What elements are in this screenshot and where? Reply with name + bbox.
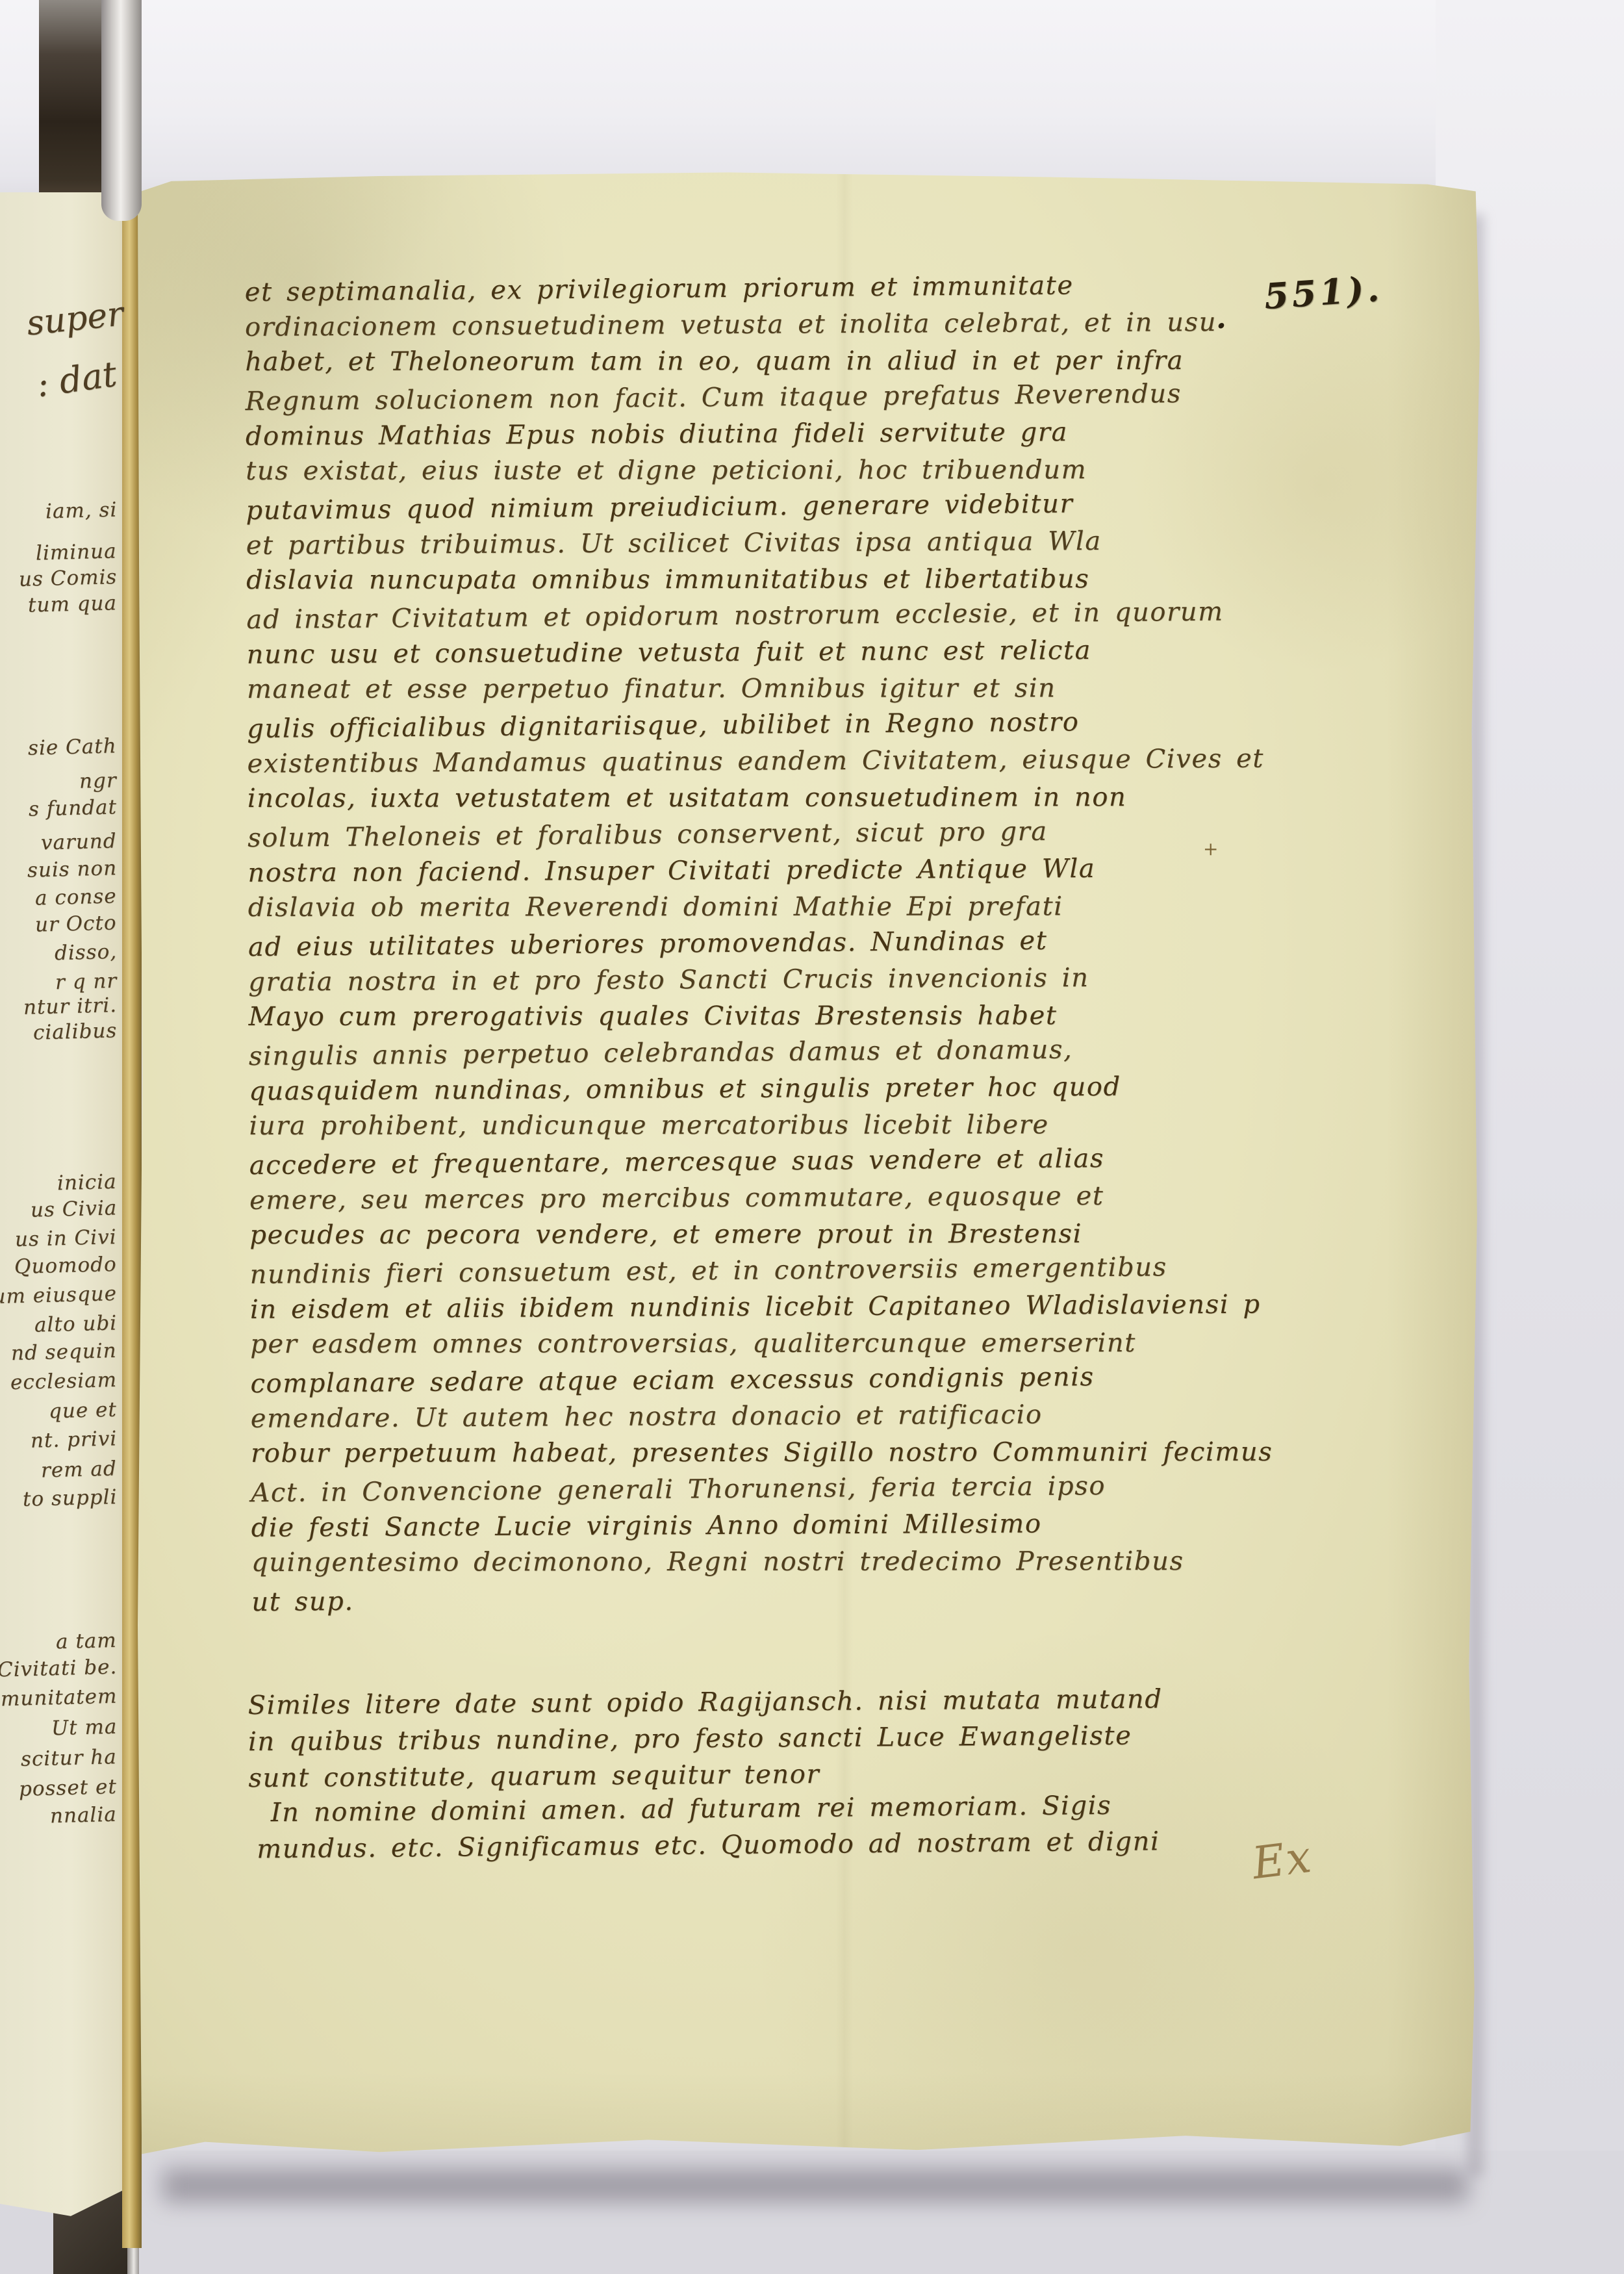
margin-fragment-line: munitatem bbox=[0, 1685, 117, 1711]
manuscript-text-line: tus existat, eius iuste et digne peticio… bbox=[246, 452, 1194, 489]
margin-fragment-line: liminua bbox=[36, 539, 117, 565]
margin-fragment-line: Quomodo bbox=[14, 1253, 118, 1279]
margin-fragment-line: orum eiusque bbox=[0, 1282, 117, 1309]
manuscript-text-line: gratia nostra in et pro festo Sancti Cru… bbox=[248, 959, 1197, 1001]
margin-fragment-line: us in Civi bbox=[15, 1225, 117, 1251]
margin-fragment-line: us Civia bbox=[30, 1196, 117, 1221]
margin-fragment-line: ur Octo bbox=[35, 911, 117, 936]
margin-fragment-line: Ut ma bbox=[51, 1715, 117, 1741]
manuscript-text-line: maneat et esse perpetuo finatur. Omnibus… bbox=[247, 670, 1195, 708]
handwriting-layer: . 551). super : dat iam, siliminuaus Com… bbox=[0, 0, 1624, 2274]
manuscript-text-line: quingentesimo decimonono, Regni nostri t… bbox=[251, 1543, 1200, 1581]
manuscript-text-line: nundinis fieri consuetum est, et in cont… bbox=[249, 1249, 1198, 1293]
manuscript-text-line: dislavia ob merita Reverendi domini Math… bbox=[248, 888, 1197, 926]
manuscript-text-line: et partibus tribuimus. Ut scilicet Civit… bbox=[246, 522, 1195, 564]
manuscript-text-line: iura prohibent, undicunque mercatoribus … bbox=[249, 1106, 1197, 1144]
margin-fragment-line: sie Cath bbox=[28, 734, 118, 760]
manuscript-text-line: ut sup. bbox=[251, 1576, 1200, 1620]
margin-fragment-line: que et bbox=[49, 1398, 118, 1424]
manuscript-text-line: dominus Mathias Epus nobis diutina fidel… bbox=[246, 413, 1194, 455]
margin-fragment-line: r q nr bbox=[55, 969, 117, 994]
marginal-plus-mark: + bbox=[1203, 838, 1218, 860]
manuscript-text-line: existentibus Mandamus quatinus eandem Ci… bbox=[247, 741, 1195, 782]
manuscript-text-line: emendare. Ut autem hec nostra donacio et… bbox=[251, 1396, 1199, 1437]
manuscript-text-line: dislavia nuncupata omnibus immunitatibus… bbox=[246, 561, 1195, 598]
manuscript-text-line: singulis annis perpetuo celebrandas damu… bbox=[249, 1030, 1197, 1075]
margin-fragment-line: scitur ha bbox=[21, 1745, 118, 1771]
manuscript-text-line: Act. in Convencione generali Thorunensi,… bbox=[251, 1467, 1199, 1511]
margin-fragment-line: varund bbox=[41, 829, 117, 854]
manuscript-text-line: Regnum solucionem non facit. Cum itaque … bbox=[245, 376, 1193, 420]
manuscript-text-line: nostra non faciend. Insuper Civitati pre… bbox=[247, 850, 1196, 891]
margin-fragment-line: inicia bbox=[57, 1170, 117, 1195]
margin-fragment-line: ngr bbox=[79, 769, 118, 793]
margin-fragment-line: nd sequin bbox=[11, 1339, 117, 1365]
manuscript-text-line: putavimus quod nimium preiudicium. gener… bbox=[246, 485, 1194, 529]
manuscript-text-line: die festi Sancte Lucie virginis Anno dom… bbox=[251, 1505, 1200, 1546]
manuscript-text-line: et septimanalia, ex privilegiorum prioru… bbox=[245, 266, 1193, 311]
margin-fragment-line: ecclesiam bbox=[10, 1368, 118, 1394]
manuscript-text-line: ad instar Civitatum et opidorum nostroru… bbox=[246, 594, 1195, 638]
margin-fragment-column: iam, siliminuaus Comistum quasie Cathngr… bbox=[0, 0, 121, 2079]
manuscript-text-line: pecudes ac pecora vendere, et emere prou… bbox=[249, 1216, 1198, 1253]
manuscript-text-line: emere, seu merces pro mercibus commutare… bbox=[249, 1177, 1198, 1219]
folio-number: 551). bbox=[1263, 268, 1384, 318]
closing-paragraph: In nomine domini amen. ad futuram rei me… bbox=[257, 1787, 1206, 1868]
manuscript-text-line: ad eius utilitates uberiores promovendas… bbox=[248, 921, 1197, 965]
main-text-block: et septimanalia, ex privilegiorum prioru… bbox=[245, 268, 1200, 1619]
manuscript-text-line: complanare sedare atque eciam excessus c… bbox=[250, 1358, 1199, 1402]
manuscript-scan: { "document": { "folio_number": "551).",… bbox=[0, 0, 1624, 2274]
manuscript-text-line: gulis officialibus dignitariisque, ubili… bbox=[247, 703, 1195, 747]
margin-fragment-line: posset et bbox=[19, 1775, 118, 1801]
manuscript-text-line: habet, et Theloneorum tam in eo, quam in… bbox=[245, 342, 1193, 380]
margin-fragment-line: Civitati be. bbox=[0, 1655, 117, 1682]
closing-text-line: mundus. etc. Significamus etc. Quomodo a… bbox=[257, 1823, 1205, 1868]
margin-fragment-line: to suppli bbox=[22, 1485, 117, 1511]
margin-fragment-line: nt. privi bbox=[30, 1427, 117, 1452]
margin-fragment-line: iam, si bbox=[45, 498, 117, 524]
manuscript-text-line: in eisdem et aliis ibidem nundinis liceb… bbox=[250, 1286, 1199, 1328]
manuscript-text-line: per easdem omnes controversias, qualiter… bbox=[250, 1325, 1199, 1362]
margin-fragment-line: cialibus bbox=[32, 1019, 117, 1044]
margin-fragment-line: disso, bbox=[54, 940, 117, 965]
margin-fragment-line: ntur itri. bbox=[23, 993, 118, 1019]
manuscript-text-line: ordinacionem consuetudinem vetusta et in… bbox=[245, 304, 1193, 346]
margin-fragment-line: us Comis bbox=[18, 565, 117, 591]
addendum-text-line: Similes litere date sunt opido Ragijansc… bbox=[247, 1681, 1196, 1724]
margin-fragment-line: alto ubi bbox=[34, 1311, 117, 1336]
margin-fragment-line: nnalia bbox=[50, 1803, 118, 1828]
manuscript-text-line: incolas, iuxta vetustatem et usitatam co… bbox=[247, 779, 1196, 817]
folio-dot: . bbox=[1216, 300, 1226, 335]
manuscript-text-line: Mayo cum prerogativis quales Civitas Bre… bbox=[249, 997, 1197, 1035]
manuscript-text-line: solum Theloneis et foralibus conservent,… bbox=[247, 812, 1196, 856]
manuscript-text-line: quasquidem nundinas, omnibus et singulis… bbox=[249, 1068, 1197, 1110]
ex-annotation: Ex bbox=[1250, 1832, 1315, 1890]
addendum-text-line: in quibus tribus nundine, pro festo sanc… bbox=[248, 1717, 1197, 1760]
margin-fragment-line: tum qua bbox=[28, 591, 118, 617]
manuscript-text-line: nunc usu et consuetudine vetusta fuit et… bbox=[247, 632, 1195, 673]
margin-fragment-line: s fundat bbox=[29, 795, 118, 821]
margin-fragment-line: rem ad bbox=[41, 1457, 118, 1482]
manuscript-text-line: robur perpetuum habeat, presentes Sigill… bbox=[251, 1434, 1199, 1472]
margin-fragment-line: suis non bbox=[27, 856, 117, 882]
margin-fragment-line: a conse bbox=[35, 884, 117, 910]
addendum-paragraph: Similes litere date sunt opido Ragijansc… bbox=[247, 1681, 1197, 1796]
manuscript-text-line: accedere et frequentare, mercesque suas … bbox=[249, 1140, 1198, 1184]
margin-fragment-line: a tam bbox=[56, 1629, 118, 1654]
